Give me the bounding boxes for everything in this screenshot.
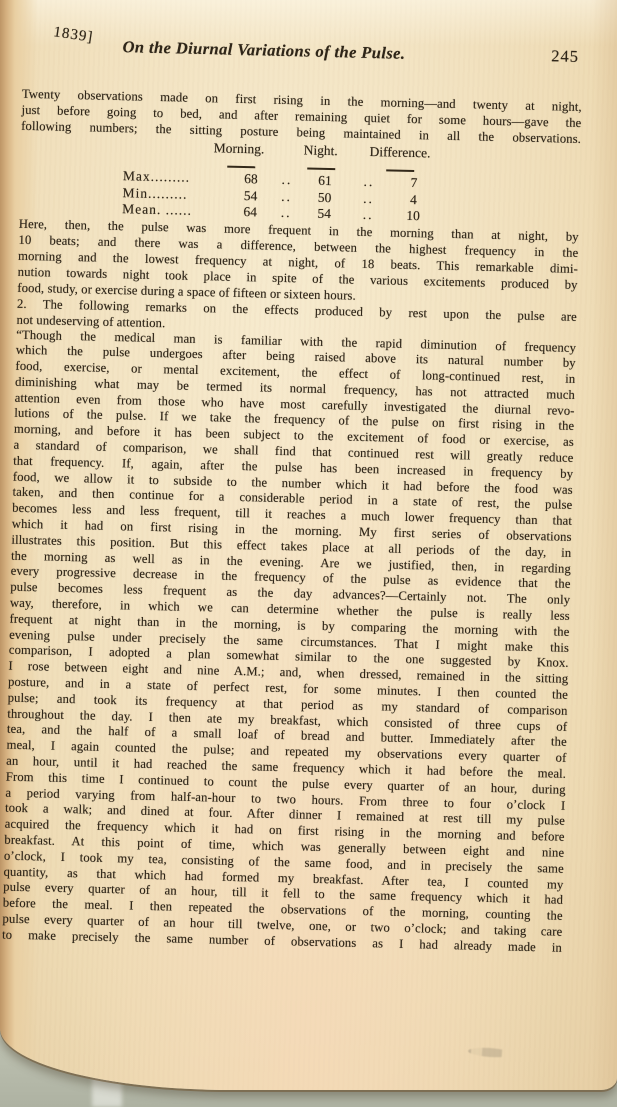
page-content: 1839] On the Diurnal Variations of the P… bbox=[2, 0, 584, 956]
row-label: Mean. ...... bbox=[122, 201, 230, 220]
difference-value: 10 bbox=[390, 207, 436, 225]
dot-separator: .. bbox=[346, 206, 390, 224]
observations-table: Morning. Night. Difference. Max.........… bbox=[122, 138, 581, 228]
morning-value: 64 bbox=[230, 204, 270, 221]
paragraph-quotation: “Though the medical man is familiar with… bbox=[2, 327, 576, 956]
page-number: 245 bbox=[509, 45, 579, 67]
difference-value: 7 bbox=[391, 175, 437, 193]
paragraph-summary: Here, then, the pulse was more frequent … bbox=[17, 215, 579, 308]
column-header-morning: Morning. bbox=[213, 140, 264, 157]
column-header-night: Night. bbox=[303, 142, 338, 159]
dot-separator: .. bbox=[346, 190, 390, 208]
night-value: 61 bbox=[303, 172, 347, 190]
difference-value: 4 bbox=[390, 191, 436, 209]
dot-separator: .. bbox=[270, 188, 302, 205]
book-page: 1839] On the Diurnal Variations of the P… bbox=[0, 0, 617, 1090]
morning-value: 54 bbox=[230, 187, 270, 204]
column-header-difference: Difference. bbox=[369, 144, 430, 161]
header-rule-night bbox=[307, 168, 335, 171]
dot-separator: .. bbox=[271, 172, 303, 189]
header-rule-difference bbox=[386, 169, 414, 172]
night-value: 54 bbox=[302, 205, 346, 223]
header-rule-morning bbox=[227, 166, 255, 169]
morning-value: 68 bbox=[231, 171, 271, 188]
dot-separator: .. bbox=[270, 205, 302, 222]
page-title: On the Diurnal Variations of the Pulse. bbox=[79, 36, 449, 65]
dot-separator: .. bbox=[347, 173, 391, 191]
running-header: 1839] On the Diurnal Variations of the P… bbox=[22, 0, 584, 99]
night-value: 50 bbox=[302, 189, 346, 207]
